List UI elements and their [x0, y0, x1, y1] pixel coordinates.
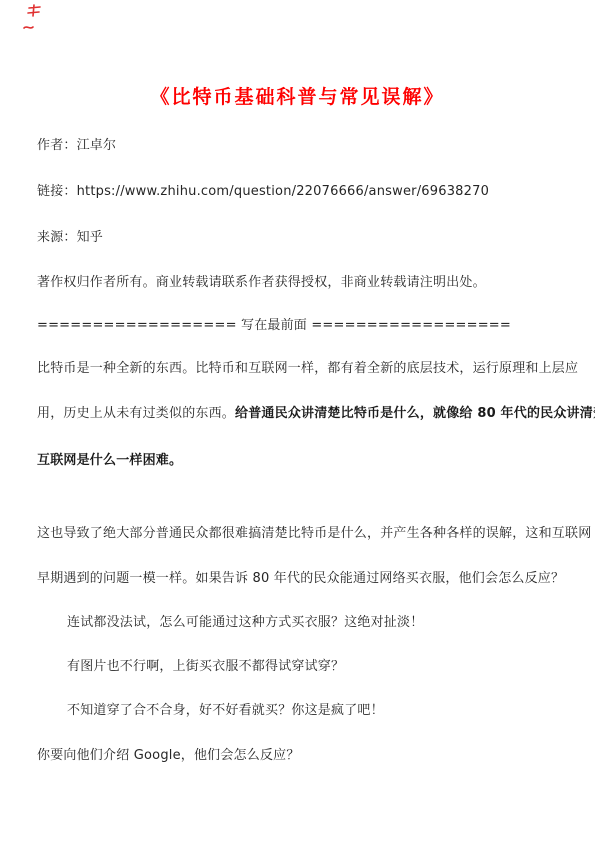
- paragraph-line: 早期遇到的问题一模一样。如果告诉 80 年代的民众能通过网络买衣服，他们会怎么反…: [37, 567, 564, 586]
- quote-line: 连试都没法试，怎么可能通过这种方式买衣服？这绝对扯淡！: [67, 611, 423, 630]
- author-line: 作者：江卓尔: [37, 134, 116, 153]
- copyright-line: 著作权归作者所有。商业转载请联系作者获得授权，非商业转载请注明出处。: [37, 271, 486, 290]
- paragraph-line: 比特币是一种全新的东西。比特币和互联网一样，都有着全新的底层技术，运行原理和上层…: [37, 357, 578, 376]
- paragraph-line: 用，历史上从未有过类似的东西。给普通民众讲清楚比特币是什么，就像给 80 年代的…: [37, 402, 595, 421]
- section-divider: ================== 写在最前面 ===============…: [37, 314, 511, 333]
- paragraph-line: 你要向他们介绍 Google，他们会怎么反应？: [37, 744, 300, 763]
- quote-line: 不知道穿了合不合身，好不好看就买？你这是疯了吧！: [67, 699, 384, 718]
- paragraph-line: 这也导致了绝大部分普通民众都很难搞清楚比特币是什么，并产生各种各样的误解，这和互…: [37, 522, 591, 541]
- quote-line: 有图片也不行啊，上街买衣服不都得试穿试穿？: [67, 655, 344, 674]
- red-annotation-marks: [20, 4, 50, 36]
- paragraph-line: 互联网是什么一样困难。: [37, 449, 182, 468]
- document-page: 《比特币基础科普与常见误解》 作者：江卓尔 链接：https://www.zhi…: [0, 0, 595, 842]
- paragraph-text-bold: 给普通民众讲清楚比特币是什么，就像给 80 年代的民众讲清楚: [235, 406, 595, 421]
- red-pen-mark-icon: [20, 4, 50, 36]
- link-line: 链接：https://www.zhihu.com/question/220766…: [37, 180, 489, 199]
- page-title: 《比特币基础科普与常见误解》: [0, 82, 595, 109]
- source-line: 来源：知乎: [37, 226, 103, 245]
- paragraph-text-normal: 用，历史上从未有过类似的东西。: [37, 406, 235, 421]
